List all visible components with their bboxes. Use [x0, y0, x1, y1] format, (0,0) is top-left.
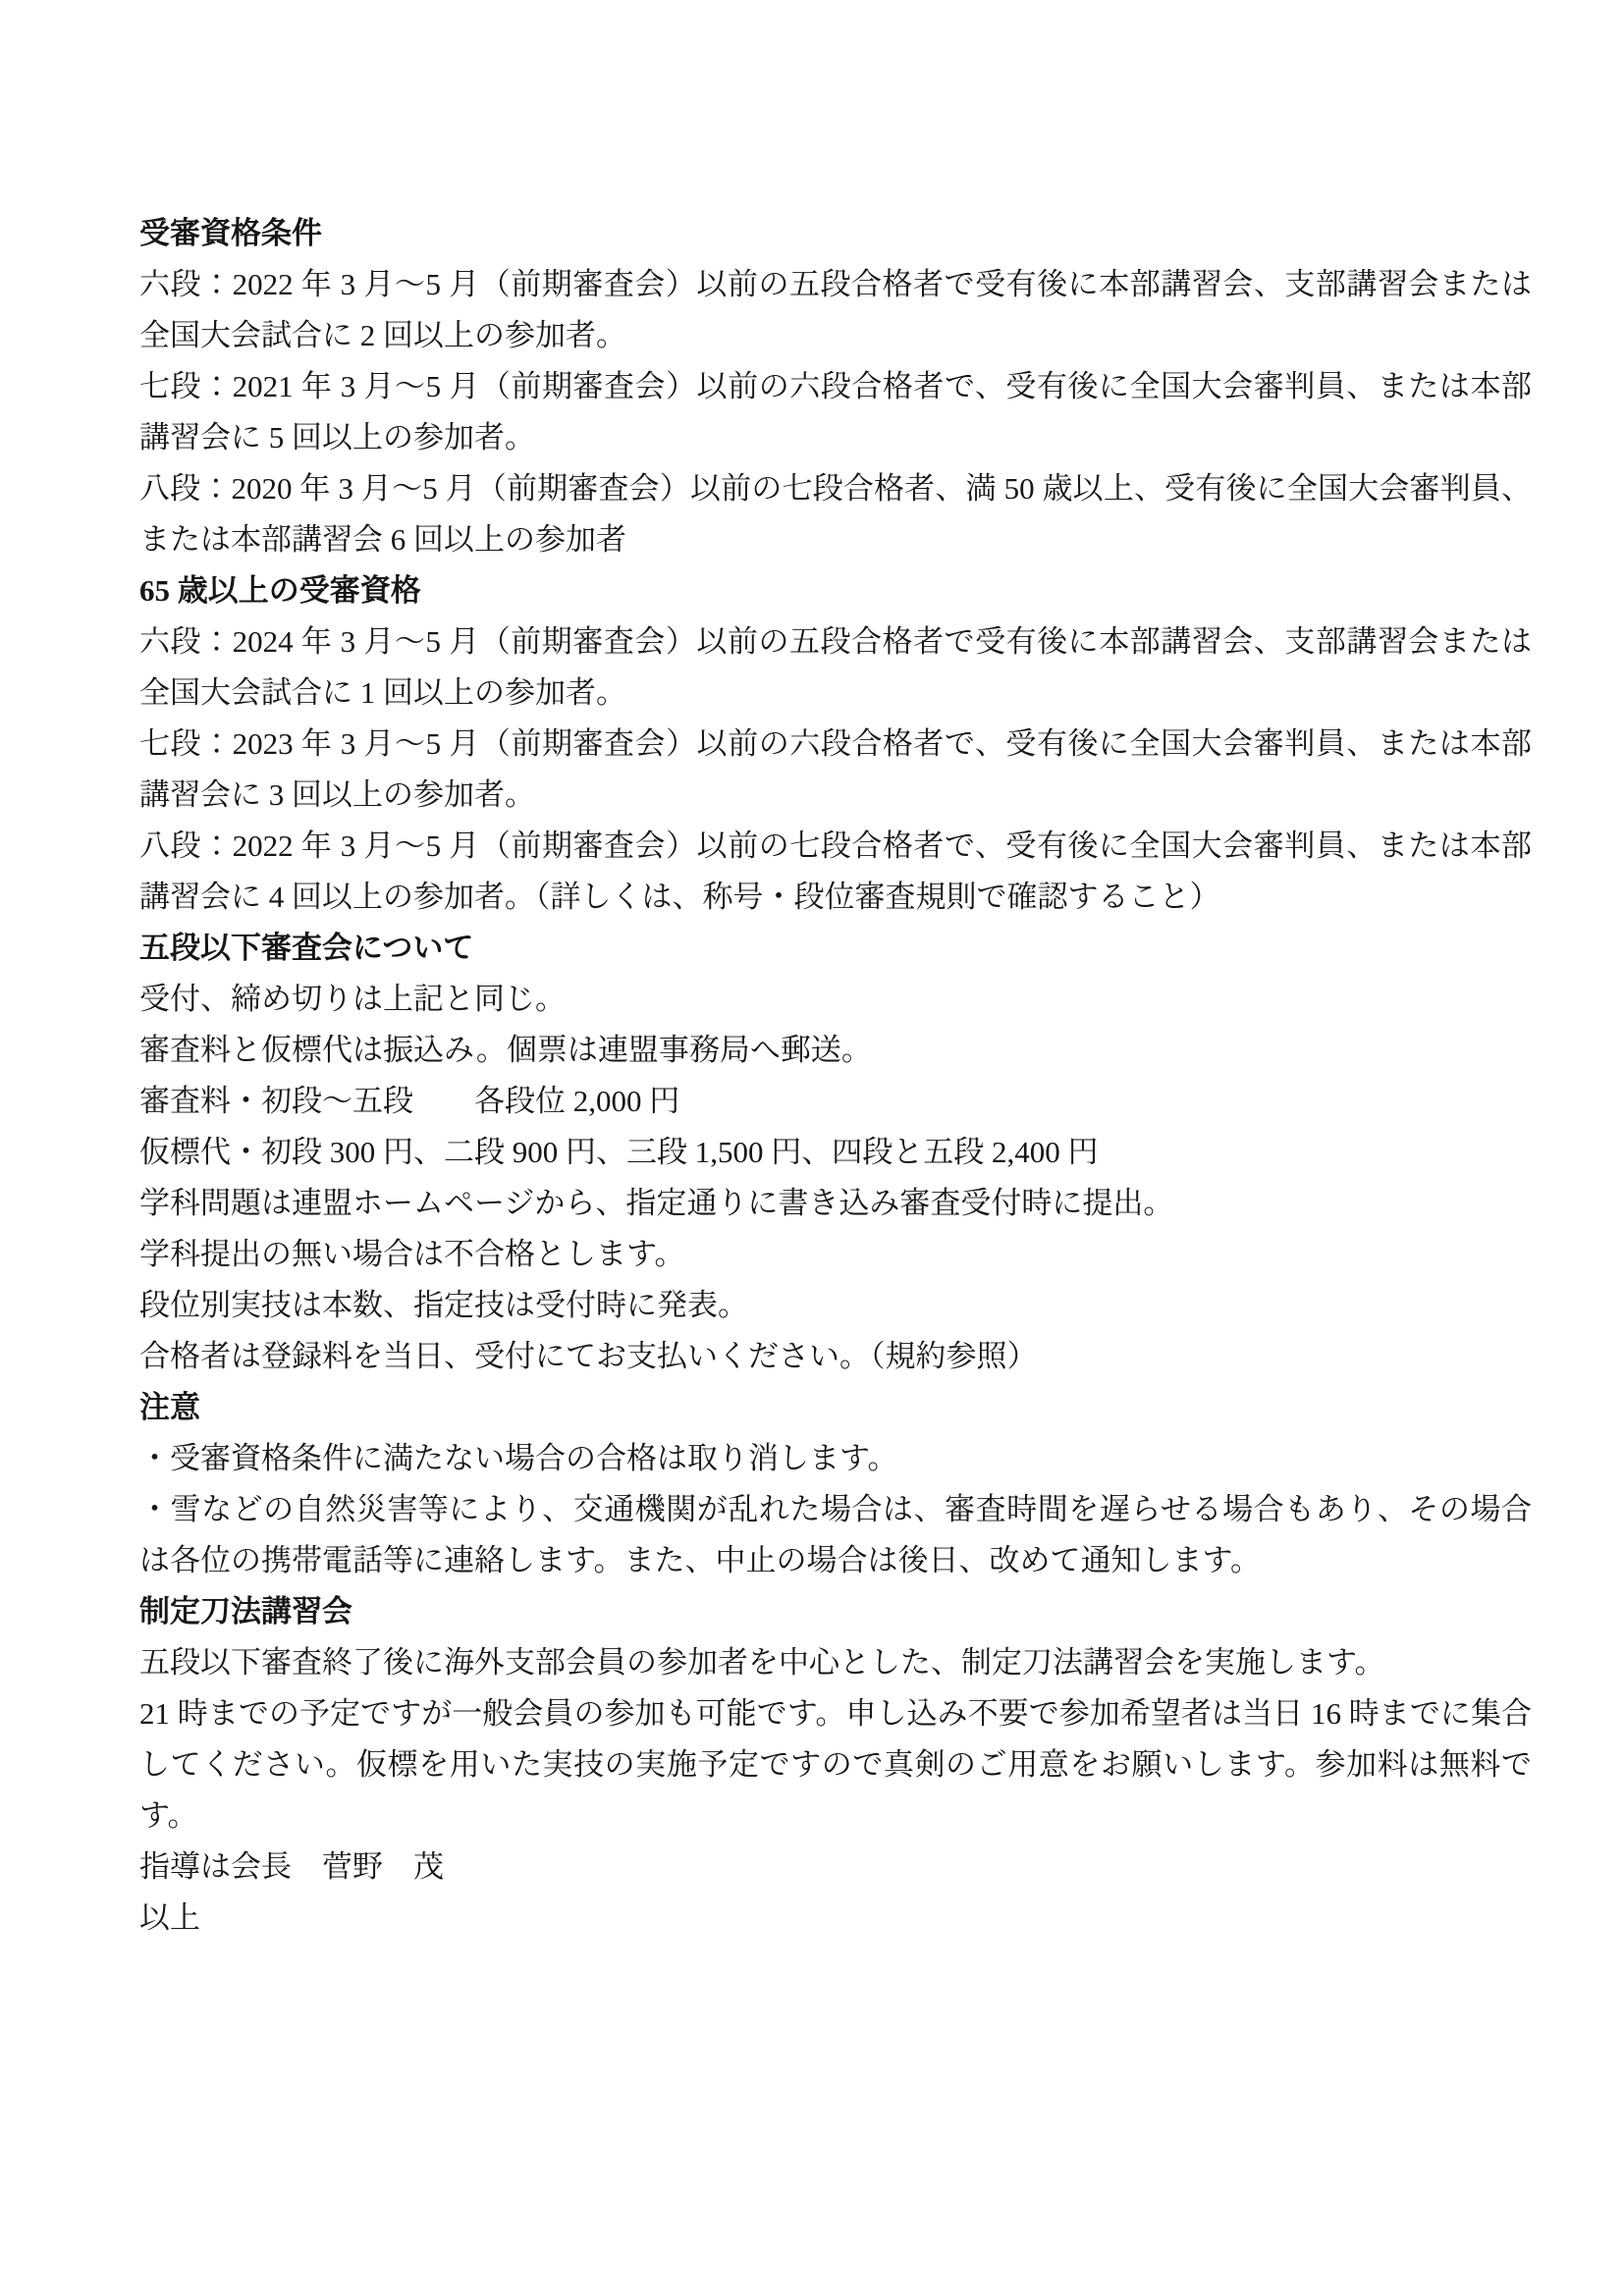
paragraph-workshop-schedule: 21 時までの予定ですが一般会員の参加も可能です。申し込み不要で参加希望者は当日…: [139, 1688, 1532, 1842]
paragraph-hachidan-2020: 八段：2020 年 3 月～5 月（前期審査会）以前の七段合格者、満 50 歳以…: [139, 463, 1532, 565]
paragraph-written-test-fail: 学科提出の無い場合は不合格とします。: [139, 1229, 1532, 1280]
paragraph-nanadan-2023: 七段：2023 年 3 月～5 月（前期審査会）以前の六段合格者で、受有後に全国…: [139, 719, 1532, 821]
section-heading-seitei-toho-workshop: 制定刀法講習会: [139, 1586, 1532, 1637]
paragraph-workshop-overview: 五段以下審査終了後に海外支部会員の参加者を中心とした、制定刀法講習会を実施します…: [139, 1637, 1532, 1688]
section-heading-godan-and-below-examination: 五段以下審査会について: [139, 923, 1532, 974]
paragraph-kahyo-fee: 仮標代・初段 300 円、二段 900 円、三段 1,500 円、四段と五段 2…: [139, 1127, 1532, 1178]
subheading-notice: 注意: [139, 1382, 1532, 1433]
paragraph-notice-cancellation: ・受審資格条件に満たない場合の合格は取り消します。: [139, 1433, 1532, 1484]
section-heading-qualification-requirements: 受審資格条件: [139, 208, 1532, 259]
paragraph-reception-deadline: 受付、締め切りは上記と同じ。: [139, 974, 1532, 1025]
paragraph-notice-weather: ・雪などの自然災害等により、交通機関が乱れた場合は、審査時間を遅らせる場合もあり…: [139, 1484, 1532, 1586]
paragraph-rokudan-2024: 六段：2024 年 3 月～5 月（前期審査会）以前の五段合格者で受有後に本部講…: [139, 616, 1532, 719]
paragraph-examination-fee: 審査料・初段～五段 各段位 2,000 円: [139, 1076, 1532, 1127]
paragraph-instructor: 指導は会長 菅野 茂: [139, 1842, 1532, 1893]
paragraph-written-test-homepage: 学科問題は連盟ホームページから、指定通りに書き込み審査受付時に提出。: [139, 1178, 1532, 1229]
subheading-age-65-qualification: 65 歳以上の受審資格: [139, 565, 1532, 616]
document-page: 受審資格条件 六段：2022 年 3 月～5 月（前期審査会）以前の五段合格者で…: [0, 0, 1623, 2296]
paragraph-nanadan-2021: 七段：2021 年 3 月～5 月（前期審査会）以前の六段合格者で、受有後に全国…: [139, 361, 1532, 463]
paragraph-hachidan-2022: 八段：2022 年 3 月～5 月（前期審査会）以前の七段合格者で、受有後に全国…: [139, 821, 1532, 923]
closing-ijou: 以上: [139, 1893, 1532, 1944]
paragraph-rokudan-2022: 六段：2022 年 3 月～5 月（前期審査会）以前の五段合格者で受有後に本部講…: [139, 259, 1532, 361]
paragraph-registration-fee: 合格者は登録料を当日、受付にてお支払いください。（規約参照）: [139, 1331, 1532, 1382]
paragraph-fees-transfer: 審査料と仮標代は振込み。個票は連盟事務局へ郵送。: [139, 1025, 1532, 1076]
paragraph-practical-announcement: 段位別実技は本数、指定技は受付時に発表。: [139, 1280, 1532, 1331]
